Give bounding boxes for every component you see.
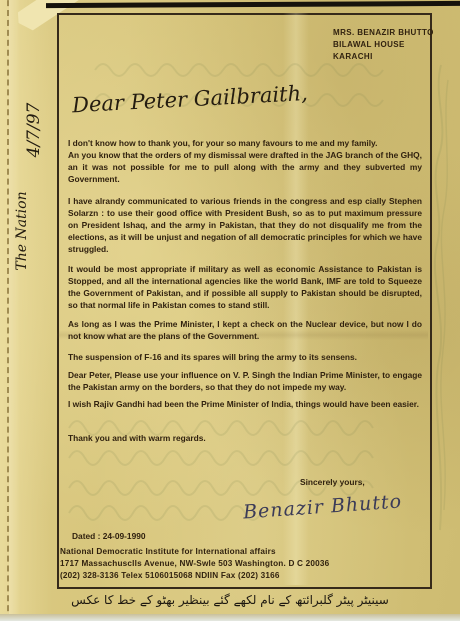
org-name: National Democratic Institute for Intern…: [60, 546, 329, 558]
date-line: Dated : 24-09-1990: [72, 531, 146, 541]
urdu-caption: سینیٹر پیٹر گلبرائتھ کے نام لکھے گئے بین…: [0, 593, 460, 607]
org-address: 1717 Massachusclls Avenue, NW-Swle 503 W…: [60, 558, 329, 570]
org-footer: National Democratic Institute for Intern…: [60, 546, 329, 582]
body-paragraph: As long as I was the Prime Minister, I k…: [68, 318, 422, 342]
body-paragraph: It would be most appropriate if military…: [68, 263, 422, 311]
valediction: Sincerely yours,: [300, 477, 365, 487]
letterhead: MRS. BENAZIR BHUTTO BILAWAL HOUSE KARACH…: [333, 27, 434, 63]
torn-edge: [7, 0, 20, 621]
body-paragraph: I wish Rajiv Gandhi had been the Prime M…: [68, 398, 422, 410]
letterhead-name: MRS. BENAZIR BHUTTO: [333, 27, 434, 39]
scan-edge-bottom: [0, 614, 460, 621]
body-paragraph: I don't know how to thank you, for your …: [68, 137, 422, 149]
org-contact: (202) 328-3136 Telex 5106015068 NDIIN Fa…: [60, 570, 329, 582]
letterhead-house: BILAWAL HOUSE: [333, 39, 434, 51]
letter-body: I don't know how to thank you, for your …: [68, 137, 422, 452]
body-paragraph: The suspension of F-16 and its spares wi…: [68, 351, 422, 363]
body-paragraph: Dear Peter, Please use your influence on…: [68, 369, 422, 393]
body-paragraph: An you know that the orders of my dismis…: [68, 149, 422, 185]
thanks-line: Thank you and with warm regards.: [68, 432, 422, 444]
margin-note-source: The Nation: [14, 181, 30, 281]
scanned-letter: MRS. BENAZIR BHUTTO BILAWAL HOUSE KARACH…: [0, 0, 460, 621]
body-paragraph: I have alrandy communicated to various f…: [68, 195, 422, 255]
letterhead-city: KARACHI: [333, 51, 434, 63]
margin-note-date: 4/7/97: [24, 92, 44, 168]
scan-top-bar: [46, 1, 460, 8]
